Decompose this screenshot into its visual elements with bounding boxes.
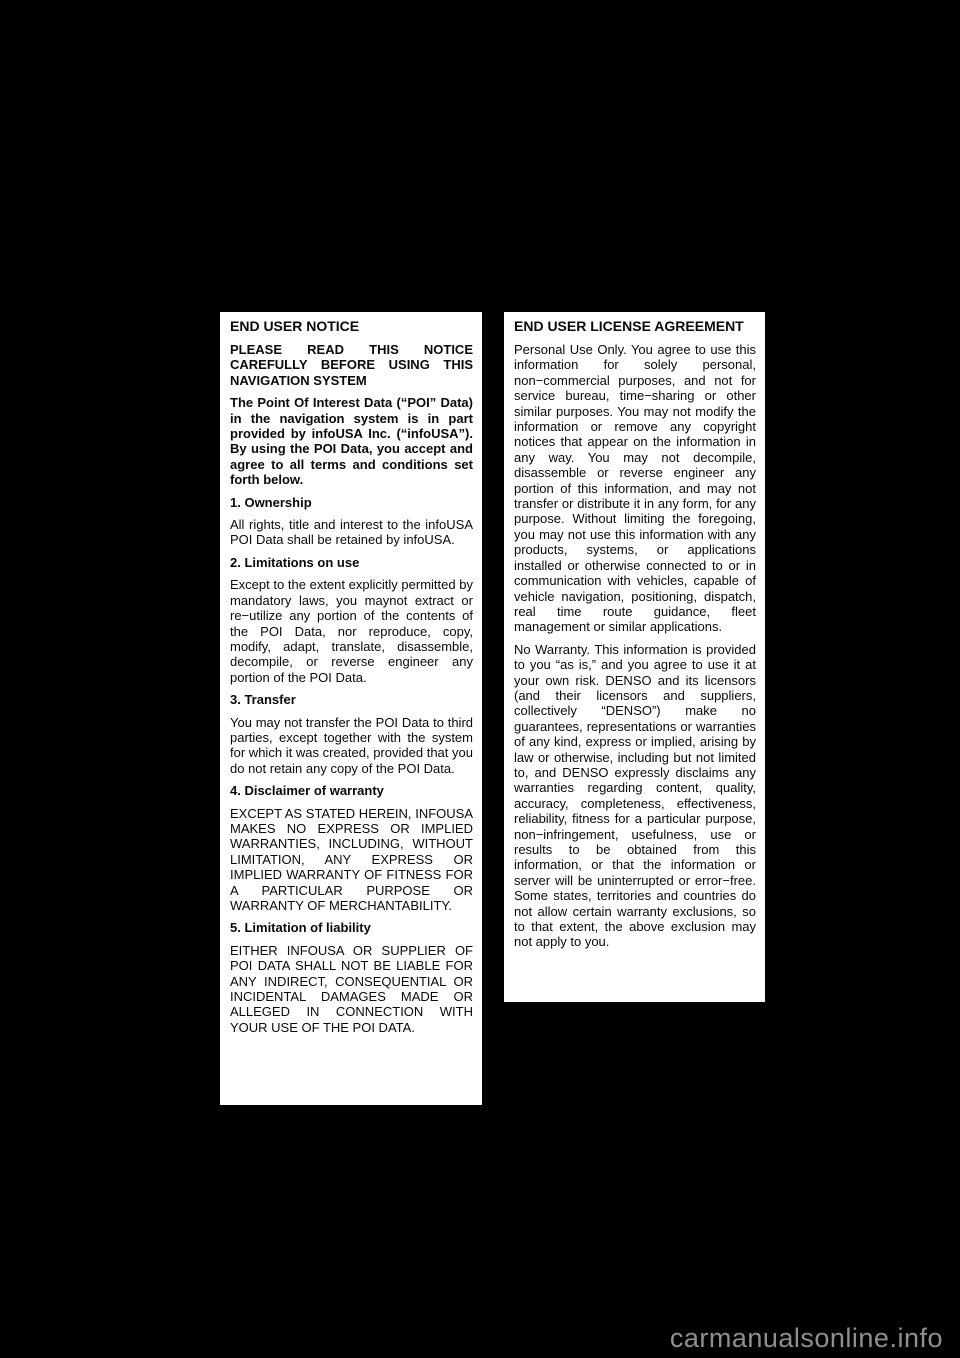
manual-page: END USER NOTICE PLEASE READ THIS NOTICE … xyxy=(0,0,960,1358)
end-user-license-agreement-panel: END USER LICENSE AGREEMENT Personal Use … xyxy=(503,311,766,1003)
notice-section-3-body: You may not transfer the POI Data to thi… xyxy=(230,715,473,777)
notice-section-1-body: All rights, title and interest to the in… xyxy=(230,517,473,548)
notice-section-3-transfer: 3. Transfer xyxy=(230,692,473,707)
notice-section-2-body: Except to the extent explicitly permitte… xyxy=(230,577,473,685)
end-user-notice-panel: END USER NOTICE PLEASE READ THIS NOTICE … xyxy=(219,311,483,1106)
license-personal-use-paragraph: Personal Use Only. You agree to use this… xyxy=(514,342,756,635)
license-no-warranty-paragraph: No Warranty. This information is provide… xyxy=(514,642,756,950)
end-user-license-agreement-title: END USER LICENSE AGREEMENT xyxy=(514,318,756,334)
notice-section-4-body: EXCEPT AS STATED HEREIN, INFOUSA MAKES N… xyxy=(230,806,473,914)
notice-section-2-limitations: 2. Limitations on use xyxy=(230,555,473,570)
notice-section-1-ownership: 1. Ownership xyxy=(230,495,473,510)
end-user-notice-title: END USER NOTICE xyxy=(230,318,473,334)
notice-poi-data-paragraph: The Point Of Interest Data (“POI” Data) … xyxy=(230,395,473,487)
notice-section-4-disclaimer: 4. Disclaimer of warranty xyxy=(230,783,473,798)
notice-intro-paragraph: PLEASE READ THIS NOTICE CAREFULLY BEFORE… xyxy=(230,342,473,388)
notice-section-5-body: EITHER INFOUSA OR SUPPLIER OF POI DATA S… xyxy=(230,943,473,1035)
notice-section-5-liability: 5. Limitation of liability xyxy=(230,920,473,935)
carmanualsonline-watermark: carmanualsonline.info xyxy=(670,1325,943,1352)
